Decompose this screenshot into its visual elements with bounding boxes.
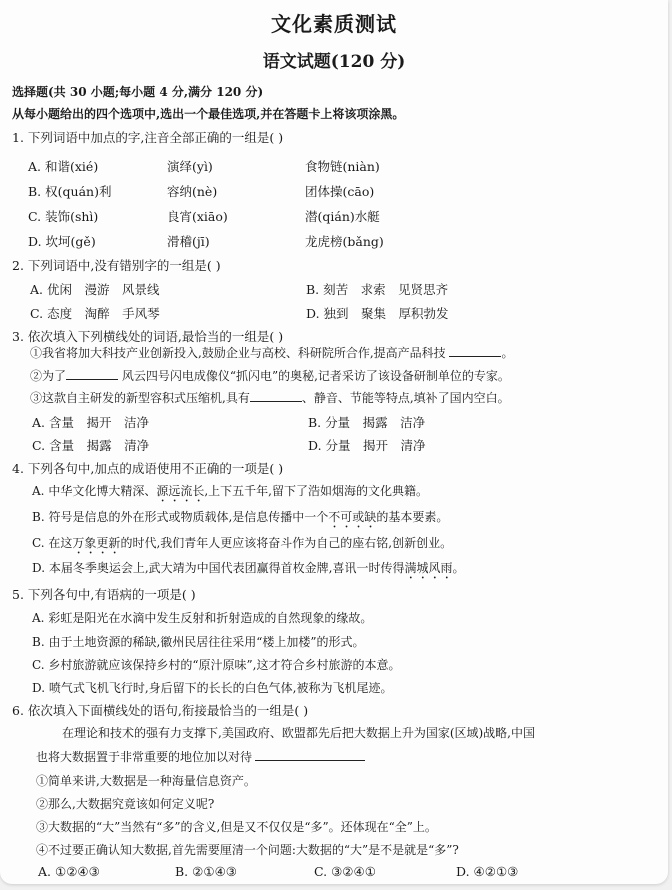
question-6-option-d: D. ④②①③ — [456, 864, 518, 879]
exam-title: 文化素质测试 — [0, 8, 668, 37]
question-4-option-b: B. 符号是信息的外在形式或物质载体,是信息传播中一个不可或缺的基本要素。 — [32, 508, 448, 531]
option-item: 团体操(cāo) — [305, 182, 374, 200]
fill-blank — [449, 345, 501, 357]
question-2-option-b: B. 刻苦 求索 见贤思齐 — [306, 280, 448, 298]
question-5-stem: 5. 下列各句中,有语病的一项是( ) — [12, 585, 196, 603]
question-2-option-a: A. 优闲 漫游 风景线 — [30, 280, 160, 298]
question-2-option-c: C. 态度 淘醉 手风琴 — [30, 304, 160, 322]
option-item: 演绎(yì) — [167, 157, 213, 175]
question-3-sentence-2: ②为了 风云四号闪电成像仪“抓闪电”的奥秘,记者采访了该设备研制单位的专家。 — [30, 367, 510, 384]
question-2-option-d: D. 独到 聚集 厚积勃发 — [306, 304, 449, 322]
question-6-passage-line2: 也将大数据置于非常重要的地位加以对待 — [36, 748, 365, 765]
question-6-passage-line1: 在理论和技术的强有力支撑下,美国政府、欧盟都先后把大数据上升为国家(区域)战略,… — [62, 724, 535, 741]
question-5-option-a: A. 彩虹是阳光在水滴中发生反射和折射造成的自然现象的缘故。 — [32, 609, 372, 626]
question-6-sentence-2: ②那么,大数据究竟该如何定义呢? — [36, 795, 214, 812]
option-item: 容纳(nè) — [167, 182, 217, 200]
question-3-sentence-1: ①我省将加大科技产业创新投入,鼓励企业与高校、科研院所合作,提高产品科技 。 — [30, 344, 513, 361]
fill-blank — [66, 368, 118, 380]
option-item: 龙虎榜(bǎng) — [305, 232, 384, 250]
question-3-stem: 3. 依次填入下列横线处的词语,最恰当的一组是( ) — [12, 327, 283, 345]
question-3-option-b: B. 分量 揭露 洁净 — [308, 413, 425, 431]
question-3-sentence-3: ③这款自主研发的新型容积式压缩机,具有、静音、节能等特点,填补了国内空白。 — [30, 389, 510, 406]
dotted-idiom: 源远流长 — [156, 484, 204, 498]
question-6-sentence-4: ④不过要正确认知大数据,首先需要厘清一个问题:大数据的“大”是不是就是“多”? — [36, 841, 459, 858]
fill-blank — [250, 390, 302, 402]
question-5-option-c: C. 乡村旅游就应该保持乡村的“原汁原味”,这才符合乡村旅游的本意。 — [32, 656, 401, 673]
question-4-option-d: D. 本届冬季奥运会上,武大靖为中国代表团赢得首枚金牌,喜讯一时传得满城风雨。 — [32, 559, 465, 582]
dotted-idiom: 满城风雨 — [404, 561, 452, 575]
question-3-option-c: C. 含量 揭露 清净 — [32, 436, 149, 454]
question-6-option-c: C. ③②④① — [314, 864, 376, 879]
question-6-stem: 6. 依次填入下面横线处的语句,衔接最恰当的一组是( ) — [12, 701, 308, 719]
question-5-option-b: B. 由于土地资源的稀缺,徽州民居往往采用“楼上加楼”的形式。 — [32, 633, 365, 650]
question-1-stem: 1. 下列词语中加点的字,注音全部正确的一组是( ) — [12, 128, 283, 146]
option-item: 装饰(shì) — [45, 209, 98, 224]
option-item: 坎坷(gě) — [46, 234, 96, 249]
option-item: 潜(qián)水艇 — [305, 207, 380, 225]
question-4-option-c: C. 在这万象更新的时代,我们青年人更应该将奋斗作为自己的座右铭,创新创业。 — [32, 534, 452, 557]
fill-blank — [255, 749, 365, 761]
option-item: 食物链(niàn) — [305, 157, 380, 175]
dotted-idiom: 万象更新 — [72, 536, 120, 550]
option-item: 和谐(xié) — [45, 159, 98, 174]
instructions-line1: 选择题(共 30 小题;每小题 4 分,满分 120 分) — [12, 83, 263, 100]
question-3-option-d: D. 分量 揭开 清净 — [308, 436, 426, 454]
exam-page: 文化素质测试 语文试题(120 分) 选择题(共 30 小题;每小题 4 分,满… — [0, 0, 668, 884]
question-4-option-a: A. 中华文化博大精深、源远流长,上下五千年,留下了浩如烟海的文化典籍。 — [32, 482, 428, 505]
question-6-option-a: A. ①②④③ — [38, 864, 100, 879]
option-item: 滑稽(jī) — [167, 232, 210, 250]
exam-subtitle: 语文试题(120 分) — [0, 47, 668, 72]
question-4-stem: 4. 下列各句中,加点的成语使用不正确的一项是( ) — [12, 459, 283, 477]
question-2-stem: 2. 下列词语中,没有错别字的一组是( ) — [12, 256, 221, 274]
question-6-sentence-3: ③大数据的“大”当然有“多”的含义,但是又不仅仅是“多”。还体现在“全”上。 — [36, 818, 437, 835]
question-3-option-a: A. 含量 揭开 洁净 — [32, 413, 149, 431]
question-6-option-b: B. ②①④③ — [175, 864, 237, 879]
instructions-line2: 从每小题给出的四个选项中,选出一个最佳选项,并在答题卡上将该项涂黑。 — [12, 105, 404, 122]
question-5-option-d: D. 喷气式飞机飞行时,身后留下的长长的白色气体,被称为飞机尾迹。 — [32, 679, 392, 696]
question-6-sentence-1: ①简单来讲,大数据是一种海量信息资产。 — [36, 772, 256, 789]
option-item: 良宵(xiāo) — [167, 207, 228, 225]
option-item: 权(quán)利 — [45, 184, 111, 199]
dotted-idiom: 不可或缺 — [328, 510, 376, 524]
